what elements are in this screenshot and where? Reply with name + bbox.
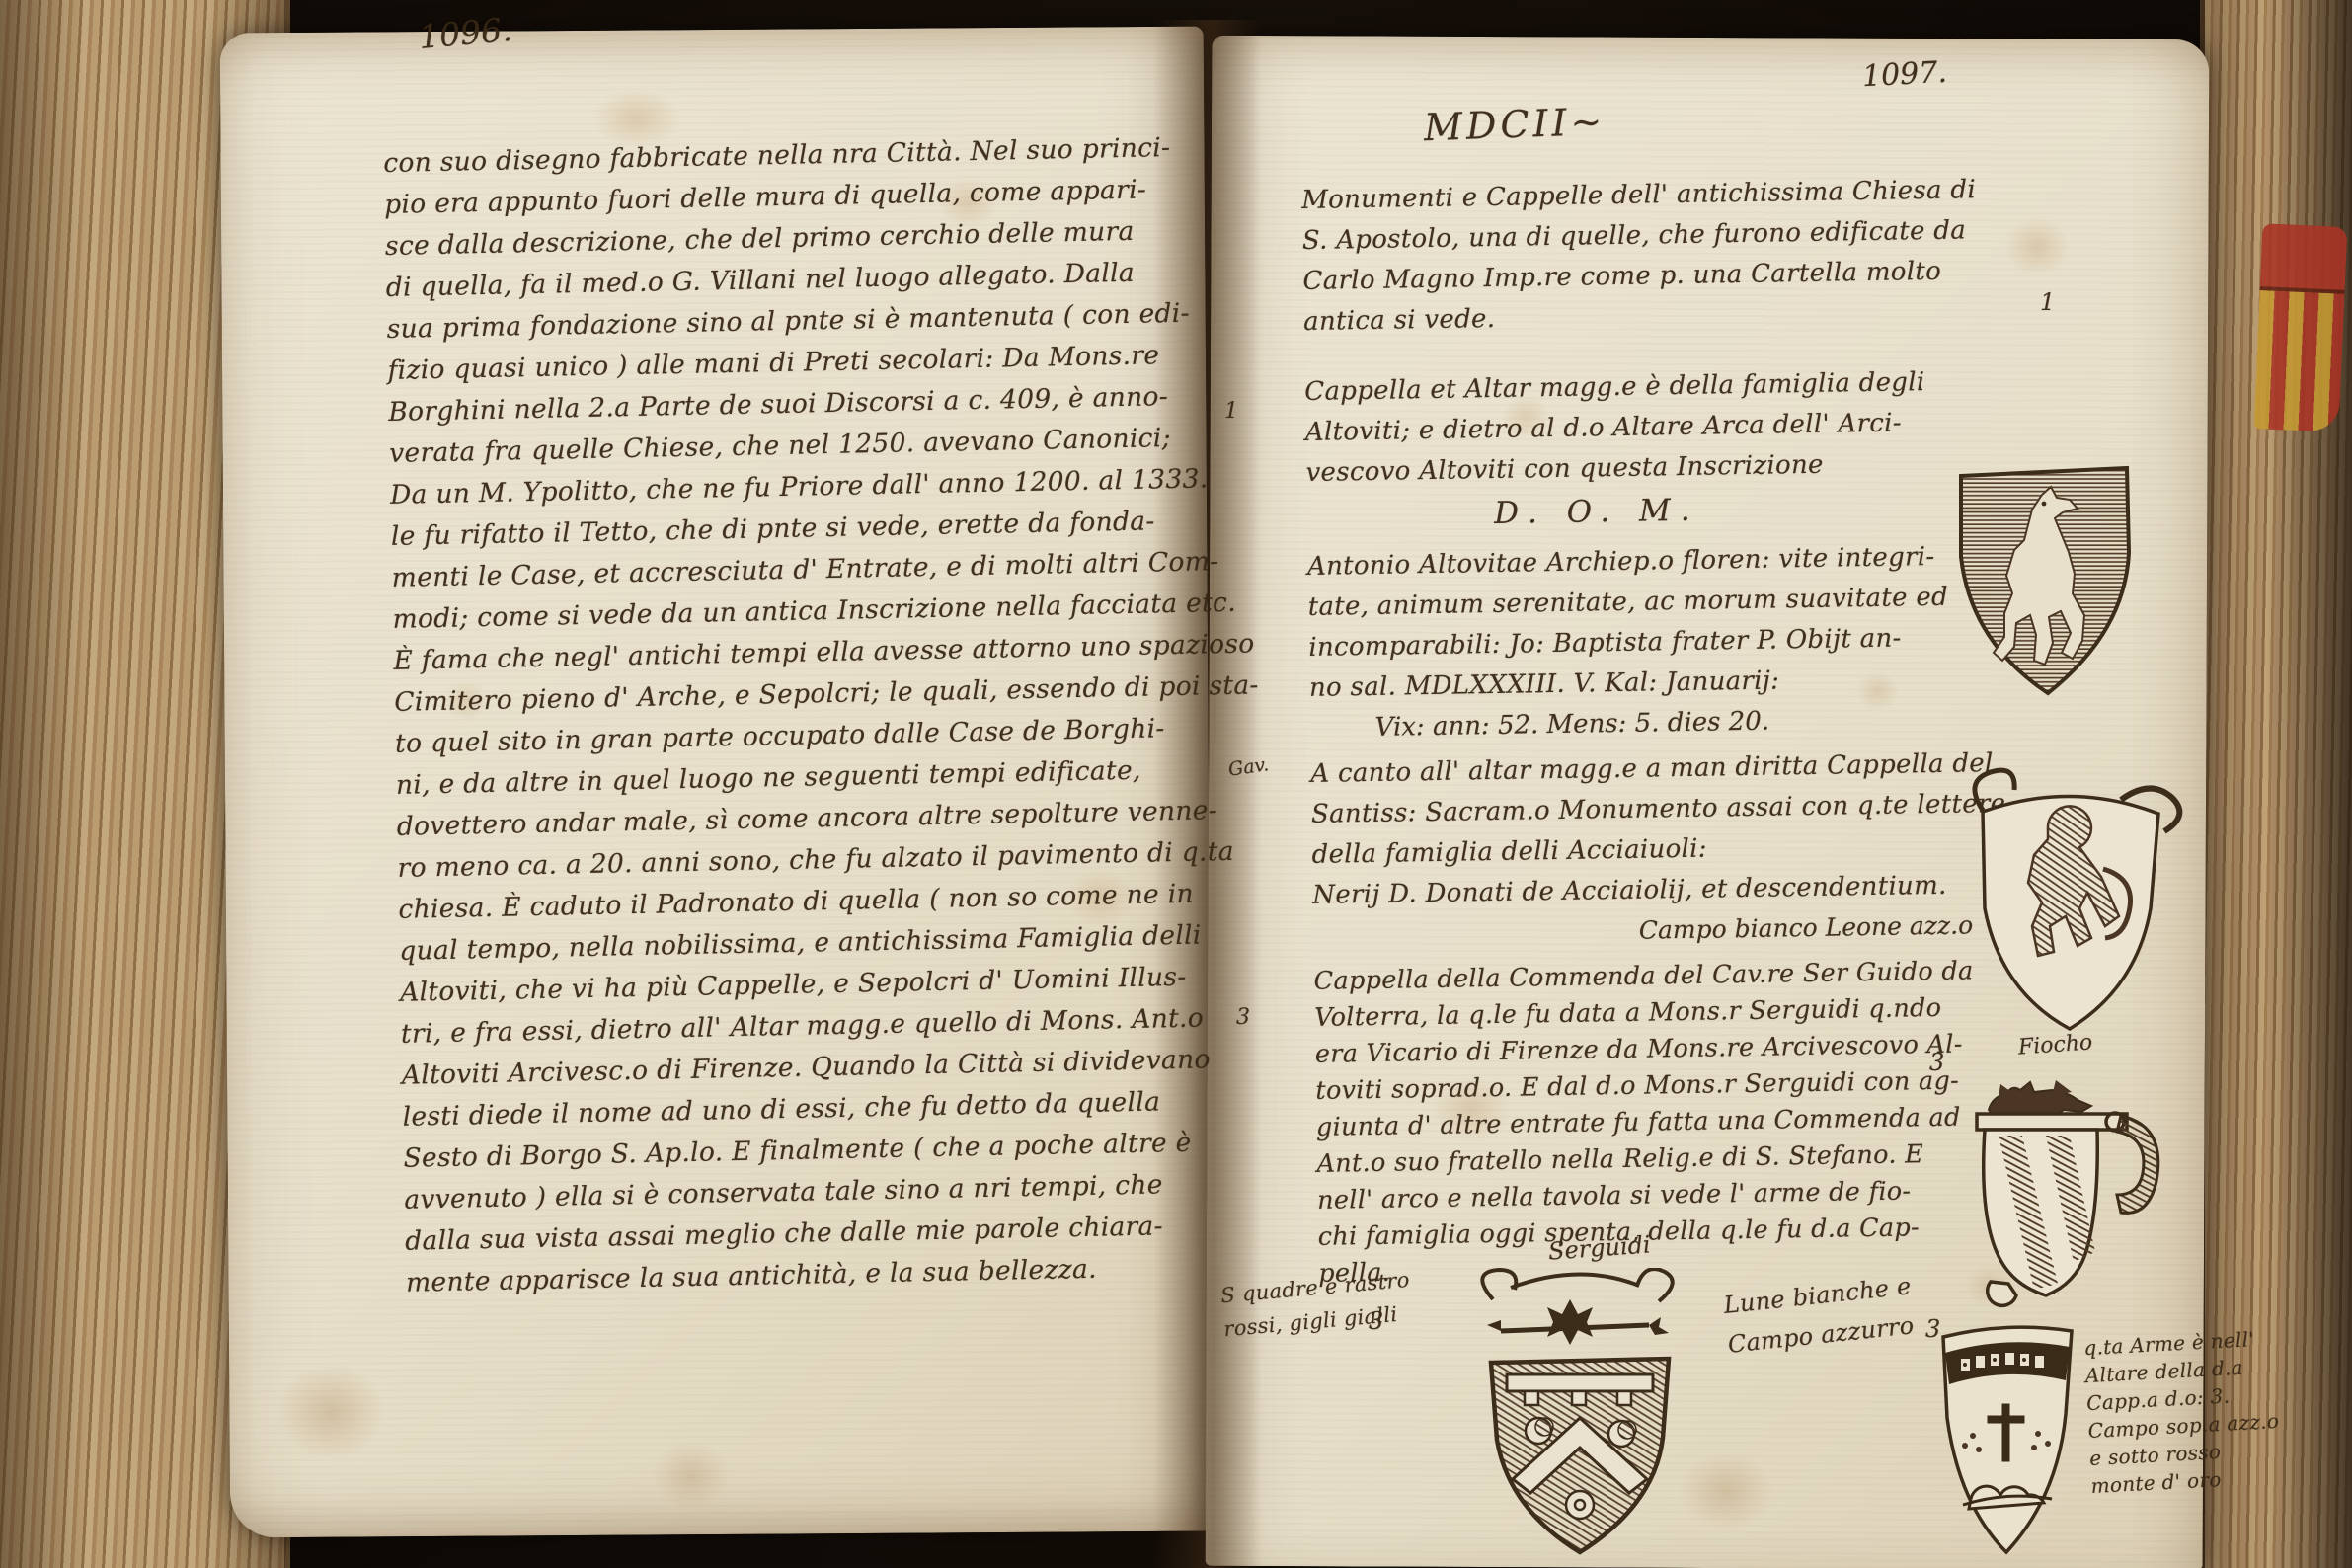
fiocho-lion-shield [1953,758,2188,1057]
right-page-text: Monumenti e Cappelle dell' antichissima … [1301,175,2013,1295]
dragon-gonfalon-banner [1961,1066,2166,1329]
page-number-left: 1096. [417,10,513,56]
shield1-number: 1 [2040,288,2055,316]
manuscript-book-photo: 1096. 1097. MDCII~ con suo disegno fabbr… [0,0,2352,1568]
paragraph-acciaiuoli: A canto all' altar magg.e a man diritta … [1310,748,2007,921]
paragraph-commenda: Cappella della Commenda del Cav.re Ser G… [1313,956,2013,1295]
partial-colored-arms [2254,223,2348,432]
left-page-text: con suo disegno fabbricate nella nra Cit… [383,130,1271,1308]
paragraph-monumenti: Monumenti e Cappelle dell' antichissima … [1301,175,1999,348]
serguidi-number: 3 [1369,1307,1383,1335]
paragraph-latin-inscription: Antonio Altovitae Archiep.o floren: vite… [1307,541,2004,714]
gutter-mark-3: 3 [1236,1005,1250,1030]
partial-arms-red-chief [2260,223,2348,294]
dom-inscription: D. O. M. [1306,488,2001,548]
cross-on-mounds-shield [1931,1317,2081,1568]
year-heading: MDCII~ [1423,100,1607,149]
partial-arms-stripes [2254,290,2345,432]
paragraph-cappella-altoviti: Cappella et Altar magg.e è della famigli… [1304,366,2000,499]
caption-bottom-right-shield: q.ta Arme è nell'Altare della d.aCapp.a … [2083,1326,2283,1502]
banner-number: 3 [1929,1049,1944,1076]
page-number-right: 1097. [1861,55,1948,94]
stefano-cross [1547,1299,1593,1345]
serguidi-shield [1459,1268,1700,1566]
altoviti-wolf-shield [1947,456,2143,711]
gutter-mark-1: 1 [1224,399,1238,424]
